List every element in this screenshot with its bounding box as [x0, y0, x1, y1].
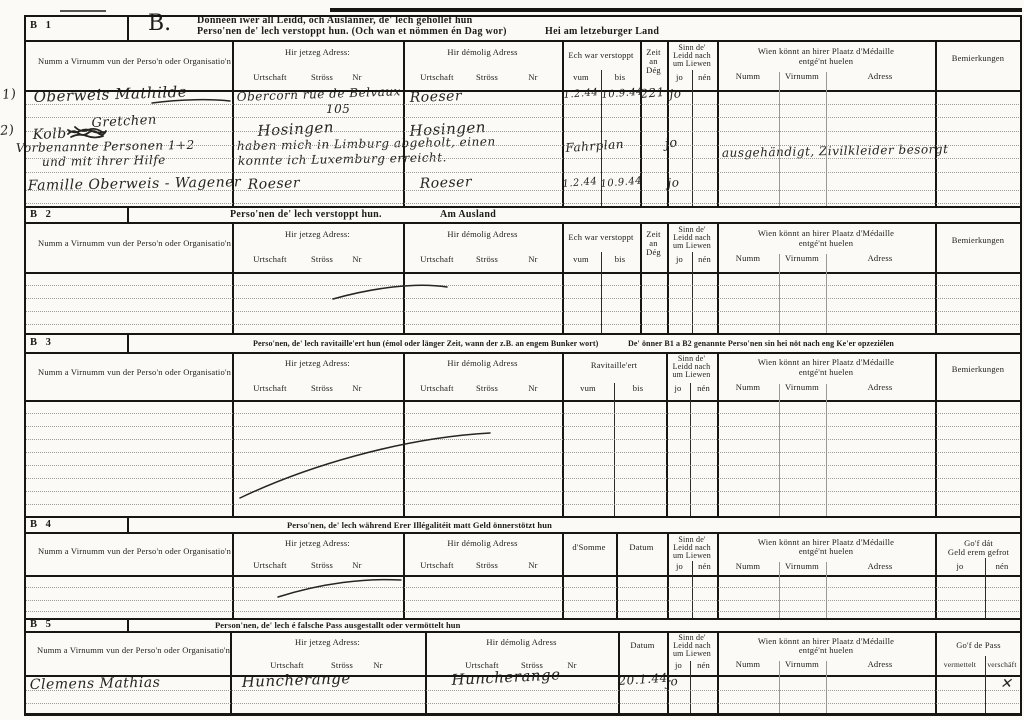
col-nr: Nr — [340, 255, 374, 264]
col-bis: bis — [603, 255, 637, 264]
col-sinn: um Liewen — [667, 552, 717, 560]
col-nen: nén — [692, 73, 717, 82]
col-wien-medaille: Wien könnt an hirer Plaatz d'Médaille — [717, 47, 935, 56]
col-numm: Numm a Virnumm vun der Perso'n oder Orga… — [38, 57, 218, 66]
col-jetzeg-adress: Hir jetzeg Adress: — [232, 539, 403, 548]
col-jo: jo — [667, 562, 692, 571]
col-adress: Adress — [843, 660, 917, 669]
col-urtschaft: Urtschaft — [238, 73, 302, 82]
col-demolig-adress: Hir démolig Adress — [403, 539, 562, 548]
col-jetzeg-adress: Hir jetzeg Adress: — [232, 230, 403, 239]
col-nr: Nr — [340, 561, 374, 570]
col-vum: vum — [564, 73, 598, 82]
col-sinn: um Liewen — [667, 60, 717, 68]
col-jetzeg-adress: Hir jetzeg Adress: — [232, 359, 403, 368]
scanned-form-page: B 1 B. Donnéen iwer all Leidd, och Auslä… — [0, 0, 1024, 720]
col-stross: Ströss — [460, 384, 514, 393]
col-jetzeg-adress: Hir jetzeg Adress: — [230, 638, 425, 647]
col-virnumm: Virnumm — [775, 72, 829, 81]
col-urtschaft: Urtschaft — [238, 255, 302, 264]
col-numm2: Numm — [721, 72, 775, 81]
section-id: B 5 — [30, 619, 54, 630]
handwritten-entry: 1.2.44 — [562, 176, 598, 190]
section-id: B 1 — [30, 20, 54, 31]
col-bemierkungen: Bemierkungen — [935, 54, 1021, 63]
col-urtschaft: Urtschaft — [238, 384, 302, 393]
col-zeit: Dég — [640, 66, 667, 75]
section-id: B 4 — [30, 519, 54, 530]
section-title-line1: Person'nen, de' lech é falsche Pass ausg… — [215, 620, 460, 630]
col-numm: Numm a Virnumm vun der Perso'n oder Orga… — [37, 646, 217, 655]
col-urtschaft: Urtschaft — [255, 661, 319, 670]
handwritten-entry: Gretchen — [91, 113, 157, 131]
col-numm: Numm a Virnumm vun der Perso'n oder Orga… — [38, 239, 218, 248]
col-demolig-adress: Hir démolig Adress — [425, 638, 618, 647]
col-virnumm: Virnumm — [775, 562, 829, 571]
col-wien-medaille: entgé'nt huelen — [717, 368, 935, 377]
col-nr: Nr — [361, 661, 395, 670]
col-nr: Nr — [340, 384, 374, 393]
col-ravitailleert: Ravitaille'ert — [562, 361, 666, 370]
handwritten-entry: Huncherange — [241, 669, 351, 691]
col-stross: Ströss — [460, 561, 514, 570]
col-demolig-adress: Hir démolig Adress — [403, 359, 562, 368]
section-title-right: De' önner B1 a B2 genannte Perso'nen sin… — [628, 339, 894, 348]
scan-edge-mark — [60, 10, 106, 12]
handwritten-entry: 20.1.44. — [618, 670, 672, 688]
col-nen: nén — [692, 255, 717, 264]
col-verstoppt: Ech war verstoppt — [562, 233, 640, 242]
col-demolig-adress: Hir démolig Adress — [403, 230, 562, 239]
col-gof-pass: Go'f de Pass — [935, 641, 1022, 650]
section-id: B 2 — [30, 209, 54, 220]
col-wien-medaille: entgé'nt huelen — [717, 239, 935, 248]
col-bis: bis — [603, 73, 637, 82]
col-nr: Nr — [516, 73, 550, 82]
section-title-line1: Perso'nen de' lech verstoppt hun. — [230, 209, 382, 220]
col-demolig-adress: Hir démolig Adress — [403, 48, 562, 57]
col-wien-medaille: Wien könnt an hirer Plaatz d'Médaille — [717, 229, 935, 238]
col-vermettelt: vermettelt — [936, 661, 984, 669]
col-bis: bis — [620, 384, 656, 393]
col-datum: Datum — [618, 641, 667, 650]
pen-stroke-b2 — [333, 285, 447, 299]
col-adress: Adress — [843, 254, 917, 263]
handwritten-entry: 221 — [640, 85, 666, 101]
col-wien-medaille: entgé'nt huelen — [717, 547, 935, 556]
col-jo: jo — [667, 73, 692, 82]
col-jo: jo — [938, 562, 982, 571]
handwritten-entry: 10.9.44 — [601, 86, 643, 101]
col-virnumm: Virnumm — [775, 254, 829, 263]
col-verschaft: verschäft — [984, 661, 1020, 669]
section-title-line1: Perso'nen, de' lech ravitaille'ert hun (… — [253, 339, 598, 348]
col-nr: Nr — [516, 561, 550, 570]
col-jo: jo — [666, 384, 690, 393]
handwritten-entry: und mit ihrer Hilfe — [42, 153, 166, 169]
col-nr: Nr — [516, 384, 550, 393]
col-adress: Adress — [843, 72, 917, 81]
col-jetzeg-adress: Hir jetzeg Adress: — [232, 48, 403, 57]
col-virnumm: Virnumm — [775, 383, 829, 392]
col-wien-medaille: entgé'nt huelen — [717, 646, 935, 655]
col-zeit: Dég — [640, 248, 667, 257]
col-wien-medaille: entgé'nt huelen — [717, 57, 935, 66]
section-id: B 3 — [30, 337, 54, 348]
handwritten-entry: 1) — [1, 87, 17, 103]
col-numm: Numm a Virnumm vun der Perso'n oder Orga… — [38, 368, 218, 377]
col-virnumm: Virnumm — [775, 660, 829, 669]
col-stross: Ströss — [460, 255, 514, 264]
col-sinn: um Liewen — [667, 242, 717, 250]
handwritten-entry: Oberweis Mathilde — [33, 83, 187, 106]
col-stross: Ströss — [460, 73, 514, 82]
col-numm: Numm a Virnumm vun der Perso'n oder Orga… — [38, 547, 218, 556]
col-jo: jo — [667, 661, 690, 670]
col-numm2: Numm — [721, 254, 775, 263]
section-title-right: Am Ausland — [440, 209, 496, 220]
handwritten-entry: konnte ich Luxemburg erreicht. — [238, 150, 447, 168]
col-numm2: Numm — [721, 660, 775, 669]
col-vum: vum — [564, 255, 598, 264]
col-urtschaft: Urtschaft — [238, 561, 302, 570]
col-jo: jo — [667, 255, 692, 264]
col-numm2: Numm — [721, 383, 775, 392]
scan-edge-bar — [330, 8, 1022, 12]
col-somme: d'Somme — [562, 543, 616, 552]
col-vum: vum — [570, 384, 606, 393]
handwritten-entry: 10.9.44 — [600, 175, 642, 190]
col-gof-geld: Geld erem gefrot — [935, 548, 1022, 557]
handwritten-entry: Obercorn rue de Belvaux — [237, 84, 402, 104]
pen-stroke-b4 — [278, 580, 401, 597]
col-nr: Nr — [516, 255, 550, 264]
col-bemierkungen: Bemierkungen — [935, 365, 1021, 374]
section-title-right: Hei am letzeburger Land — [545, 26, 659, 37]
col-bemierkungen: Bemierkungen — [935, 236, 1021, 245]
col-numm2: Numm — [721, 562, 775, 571]
col-wien-medaille: Wien könnt an hirer Plaatz d'Médaille — [717, 358, 935, 367]
col-nen: nén — [690, 384, 717, 393]
handwritten-entry: Famille Oberweis - Wagener — [28, 174, 242, 194]
col-nen: nén — [690, 661, 717, 670]
col-nr: Nr — [340, 73, 374, 82]
col-adress: Adress — [843, 562, 917, 571]
col-sinn: um Liewen — [666, 371, 717, 379]
section-title-line1: Perso'nen, de' lech während Erer Illégal… — [287, 520, 552, 530]
handwritten-entry: jo — [669, 86, 682, 101]
col-adress: Adress — [843, 383, 917, 392]
handwritten-entry: Vorbenannte Personen 1+2 — [16, 138, 195, 155]
col-sinn: um Liewen — [667, 650, 717, 658]
col-verstoppt: Ech war verstoppt — [562, 51, 640, 60]
col-nen: nén — [985, 562, 1019, 571]
handwritten-entry: 2) — [0, 123, 15, 139]
col-datum: Datum — [616, 543, 667, 552]
section-title-line2: Perso'nen de' lech verstoppt hun. (Och w… — [197, 26, 507, 37]
col-nen: nén — [692, 562, 717, 571]
